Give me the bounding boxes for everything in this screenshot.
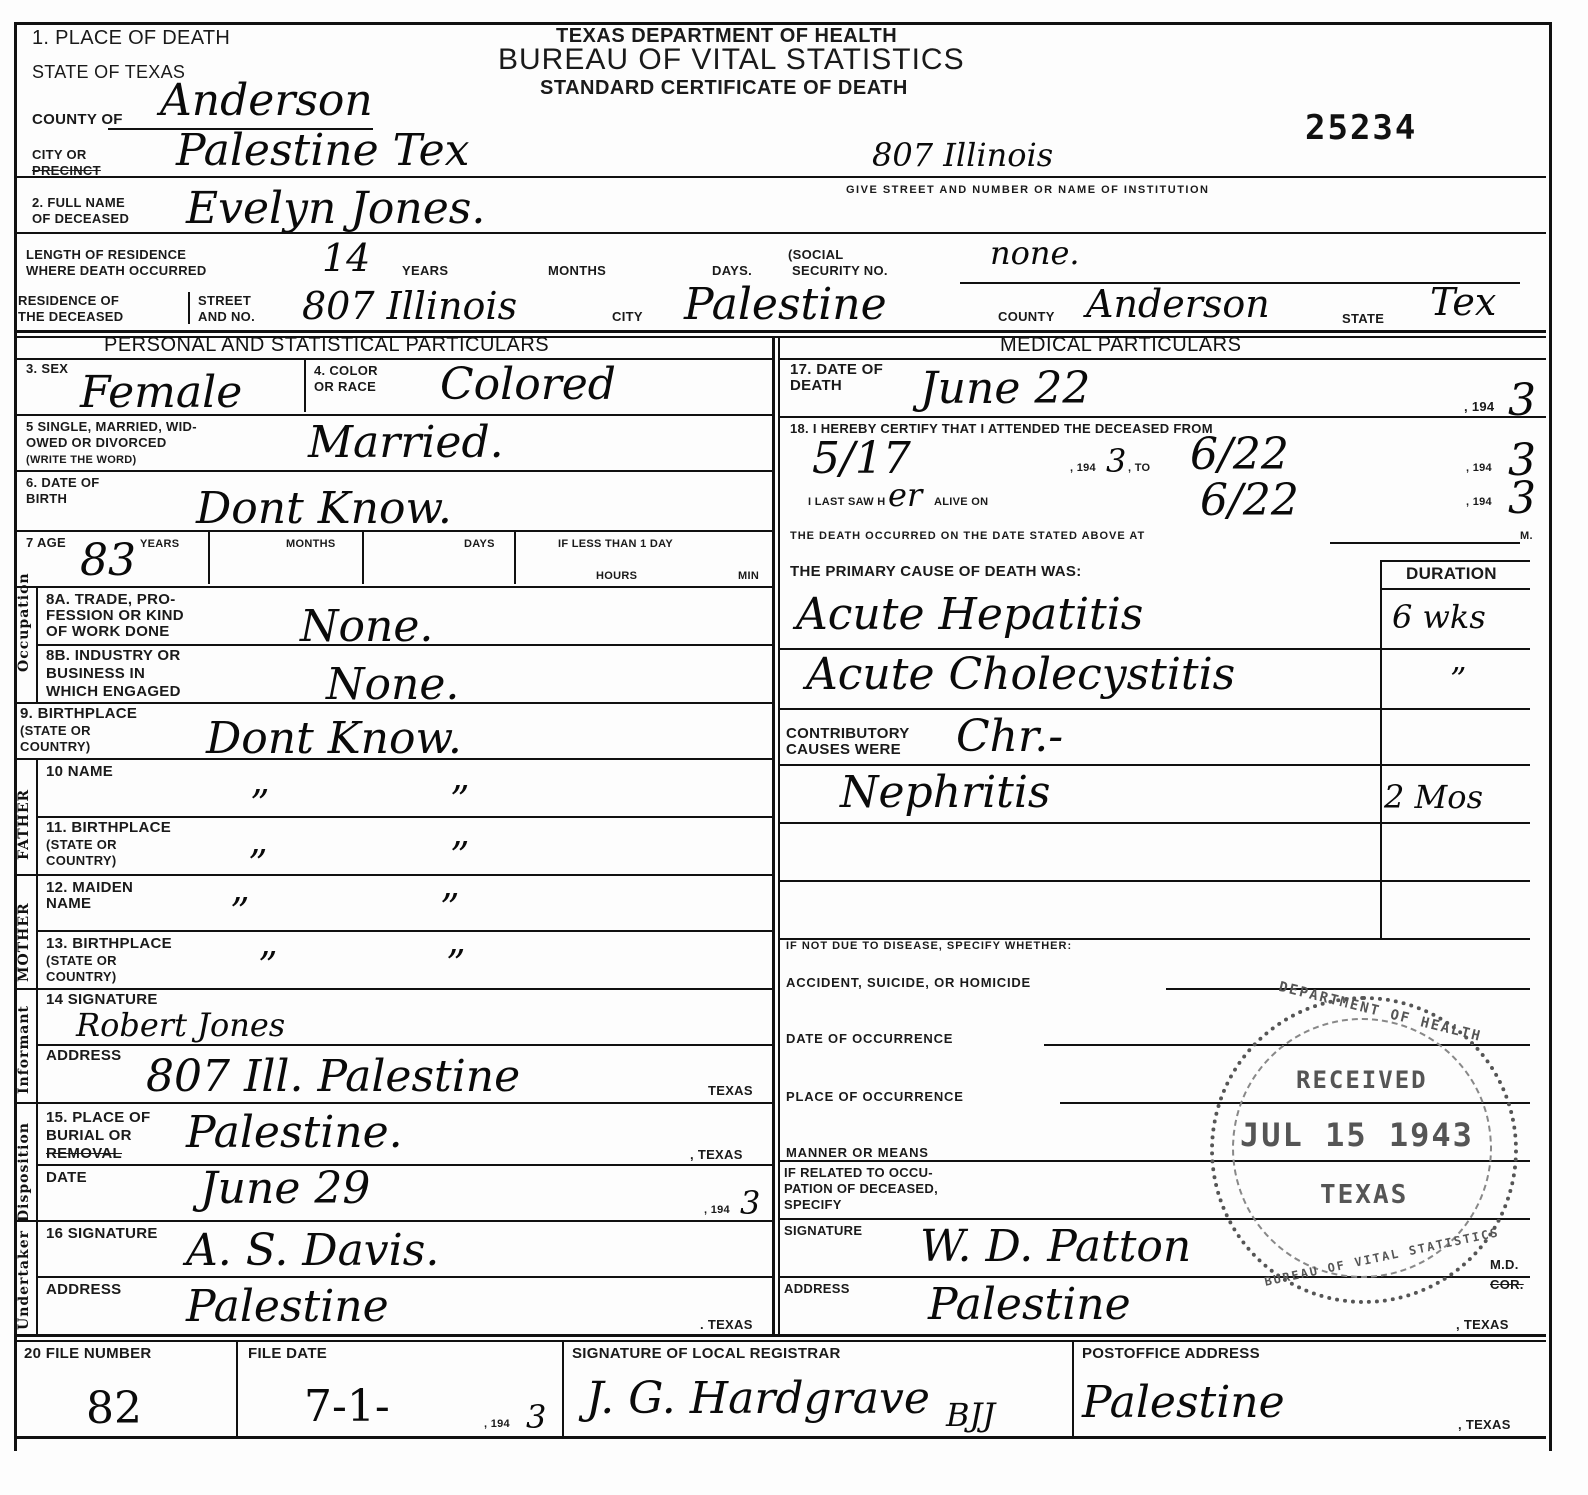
mother-name-ditto-2: ”	[440, 888, 459, 928]
mother-birthplace-label-1: 13. BIRTHPLACE	[46, 936, 172, 952]
birthplace-label-2: (STATE OR	[20, 724, 91, 738]
certificate-number: 25234	[1305, 108, 1417, 148]
full-name-label-1: 2. FULL NAME	[32, 196, 125, 210]
father-side-label: FATHER	[16, 789, 32, 860]
mother-name-label-1: 12. MAIDEN	[46, 880, 133, 896]
sex-value: Female	[80, 370, 242, 416]
street-caption: GIVE STREET AND NUMBER OR NAME OF INSTIT…	[846, 184, 1210, 196]
physician-signature-value: W. D. Patton	[920, 1224, 1191, 1270]
marital-label-3: (WRITE THE WORD)	[26, 454, 137, 466]
side-divider	[36, 876, 38, 988]
mother-name-ditto-1: ”	[230, 892, 249, 932]
contributory-cause-2: Nephritis	[840, 770, 1050, 816]
residence-state-value: Tex	[1430, 282, 1496, 322]
race-value: Colored	[440, 362, 616, 408]
row-divider	[14, 1220, 772, 1222]
footer-cell-divider	[1072, 1342, 1074, 1436]
age-label: 7 AGE	[26, 536, 66, 550]
personal-section-title: PERSONAL AND STATISTICAL PARTICULARS	[104, 334, 549, 357]
months-label: MONTHS	[548, 264, 606, 278]
duration-label: DURATION	[1406, 566, 1497, 582]
street-of-death-value: 807 Illinois	[872, 138, 1053, 172]
cell-divider	[208, 532, 210, 584]
ssn-label-1: (SOCIAL	[788, 248, 844, 262]
primary-cause-1-duration: 6 wks	[1392, 600, 1486, 634]
row-divider	[14, 358, 772, 360]
residence-city-value: Palestine	[684, 282, 887, 328]
file-date-year-prefix: , 194	[484, 1418, 510, 1430]
father-birthplace-ditto-1: ”	[248, 844, 267, 884]
age-hours-label: HOURS	[596, 570, 637, 582]
days-label: DAYS.	[712, 264, 752, 278]
mother-birthplace-label-2: (STATE OR	[46, 954, 117, 968]
sex-label: 3. SEX	[26, 362, 68, 376]
section-divider	[14, 330, 1546, 333]
accident-label: ACCIDENT, SUICIDE, OR HOMICIDE	[786, 976, 1031, 990]
attended-from-year-digit: 3	[1106, 444, 1126, 478]
row-divider	[14, 470, 772, 472]
age-min-label: MIN	[738, 570, 759, 582]
race-label-1: 4. COLOR	[314, 364, 378, 378]
burial-date-year-prefix: , 194	[704, 1204, 730, 1216]
footer-cell-divider	[236, 1342, 238, 1436]
undertaker-signature-value: A. S. Davis.	[186, 1228, 439, 1274]
row-divider	[36, 1276, 772, 1278]
cell-divider	[514, 532, 516, 584]
residence-county-value: Anderson	[1086, 284, 1270, 324]
ssn-value: none.	[990, 236, 1080, 270]
age-days-label: DAYS	[464, 538, 495, 550]
row-divider	[778, 358, 1546, 360]
contributory-cause-1: Chr.-	[956, 714, 1063, 760]
registrar-initials: BJJ	[946, 1398, 995, 1432]
row-divider	[14, 530, 772, 532]
file-date-year-digit: 3	[526, 1400, 546, 1434]
father-birthplace-label-2: (STATE OR	[46, 838, 117, 852]
occurrence-place-label: PLACE OF OCCURRENCE	[786, 1090, 964, 1104]
last-saw-value: 6/22	[1200, 478, 1299, 524]
row-divider	[778, 416, 1546, 418]
death-certificate-page: 1. PLACE OF DEATH STATE OF TEXAS TEXAS D…	[0, 0, 1588, 1495]
burial-date-value: June 29	[200, 1166, 370, 1212]
residence-state-label: STATE	[1342, 312, 1384, 326]
residence-length-label-1: LENGTH OF RESIDENCE	[26, 248, 186, 262]
medical-section-title: MEDICAL PARTICULARS	[1000, 334, 1241, 357]
mother-birthplace-ditto-2: ”	[446, 944, 465, 984]
street-label-2: AND NO.	[198, 310, 255, 324]
postoffice-value: Palestine	[1082, 1380, 1285, 1426]
stamp-date-text: JUL 15 1943	[1240, 1116, 1474, 1154]
death-year-prefix: , 194	[1464, 400, 1494, 414]
postoffice-state: , TEXAS	[1458, 1418, 1511, 1432]
age-less-than-day-label: IF LESS THAN 1 DAY	[558, 538, 673, 550]
postoffice-label: POSTOFFICE ADDRESS	[1082, 1346, 1260, 1362]
footer-divider	[14, 1340, 1546, 1342]
place-of-death-label: 1. PLACE OF DEATH	[32, 30, 230, 46]
residence-county-label: COUNTY	[998, 310, 1055, 324]
row-divider	[14, 414, 772, 416]
marital-label-2: OWED OR DIVORCED	[26, 436, 167, 450]
duration-header-top	[1380, 560, 1530, 562]
row-divider	[778, 880, 1530, 882]
contributory-cause-2-duration: 2 Mos	[1384, 780, 1483, 814]
side-divider	[36, 1222, 38, 1334]
physician-signature-label: SIGNATURE	[784, 1224, 862, 1238]
physician-address-value: Palestine	[928, 1282, 1131, 1328]
informant-side-label: Informant	[16, 1005, 32, 1094]
form-bottom-border	[14, 1436, 1546, 1439]
burial-date-year-digit: 3	[740, 1186, 760, 1220]
marital-status-value: Married.	[308, 420, 504, 466]
death-date-label-1: 17. DATE OF	[790, 362, 883, 378]
dob-label-2: BIRTH	[26, 492, 67, 506]
last-saw-year-prefix: , 194	[1466, 496, 1492, 508]
file-number-label: 20 FILE NUMBER	[24, 1346, 152, 1362]
last-saw-pronoun: er	[888, 478, 922, 512]
accident-underline	[1166, 988, 1530, 990]
occurrence-date-label: DATE OF OCCURRENCE	[786, 1032, 953, 1046]
street-label-1: STREET	[198, 294, 251, 308]
undertaker-address-label: ADDRESS	[46, 1282, 121, 1298]
occupation-related-label-3: SPECIFY	[784, 1198, 842, 1212]
residence-years-value: 14	[322, 238, 370, 278]
death-date-value: June 22	[920, 366, 1090, 412]
contributory-label-1: CONTRIBUTORY	[786, 726, 910, 742]
row-divider	[14, 1102, 772, 1104]
mother-side-label: MOTHER	[16, 902, 32, 982]
informant-address-state: TEXAS	[708, 1084, 753, 1098]
death-time-suffix: M.	[1520, 530, 1533, 542]
trade-label-3: OF WORK DONE	[46, 624, 170, 640]
father-name-ditto-2: ”	[450, 780, 469, 820]
row-divider	[14, 232, 1546, 234]
file-date-label: FILE DATE	[248, 1346, 327, 1362]
dob-value: Dont Know.	[196, 486, 452, 532]
county-of-death-value: Anderson	[160, 78, 373, 124]
dob-label-1: 6. DATE OF	[26, 476, 100, 490]
years-label: YEARS	[402, 264, 448, 278]
file-date-value: 7-1-	[304, 1384, 390, 1430]
registrar-label: SIGNATURE OF LOCAL REGISTRAR	[572, 1346, 841, 1362]
marital-label-1: 5 SINGLE, MARRIED, WID-	[26, 420, 197, 434]
not-disease-label: IF NOT DUE TO DISEASE, SPECIFY WHETHER:	[786, 940, 1072, 952]
birthplace-label-3: COUNTRY)	[20, 740, 91, 754]
father-birthplace-ditto-2: ”	[450, 836, 469, 876]
coroner-label: COR.	[1490, 1278, 1524, 1292]
city-or-label: CITY OR	[32, 148, 87, 162]
mother-birthplace-label-3: COUNTRY)	[46, 970, 117, 984]
deceased-name-value: Evelyn Jones.	[186, 186, 485, 232]
industry-label-3: WHICH ENGAGED	[46, 684, 181, 700]
row-divider	[14, 176, 1546, 178]
row-divider	[14, 758, 772, 760]
physician-address-label: ADDRESS	[784, 1282, 850, 1296]
attended-to-label: , TO	[1128, 462, 1150, 474]
department-title: TEXAS DEPARTMENT OF HEALTH	[556, 28, 897, 44]
primary-cause-2: Acute Cholecystitis	[806, 652, 1235, 698]
last-saw-year-digit: 3	[1508, 476, 1536, 522]
stamp-state-text: TEXAS	[1320, 1180, 1408, 1210]
occupation-side-label: Occupation	[16, 572, 32, 672]
mother-name-label-2: NAME	[46, 896, 91, 912]
father-birthplace-label-3: COUNTRY)	[46, 854, 117, 868]
row-divider	[36, 930, 772, 932]
md-label: M.D.	[1490, 1258, 1519, 1272]
column-divider	[772, 336, 775, 1336]
physician-address-state: , TEXAS	[1456, 1318, 1509, 1332]
column-divider	[778, 336, 780, 1336]
race-label-2: OR RACE	[314, 380, 376, 394]
age-years-label: YEARS	[140, 538, 179, 550]
primary-cause-1: Acute Hepatitis	[796, 592, 1143, 638]
manner-label: MANNER OR MEANS	[786, 1146, 929, 1160]
burial-place-value: Palestine.	[186, 1110, 403, 1156]
attended-to-year-prefix: , 194	[1466, 462, 1492, 474]
father-name-label: 10 NAME	[46, 764, 113, 780]
father-birthplace-label-1: 11. BIRTHPLACE	[46, 820, 171, 836]
row-divider	[14, 586, 772, 588]
full-name-label-2: OF DECEASED	[32, 212, 129, 226]
informant-address-label: ADDRESS	[46, 1048, 121, 1064]
bureau-title: BUREAU OF VITAL STATISTICS	[498, 52, 965, 68]
contributory-label-2: CAUSES WERE	[786, 742, 901, 758]
cell-divider	[304, 360, 306, 412]
last-saw-label-1: I LAST SAW H	[808, 496, 886, 508]
burial-place-label-1: 15. PLACE OF	[46, 1110, 150, 1126]
row-divider	[36, 644, 772, 646]
undertaker-address-state: . TEXAS	[700, 1318, 753, 1332]
birthplace-value: Dont Know.	[206, 716, 462, 762]
death-time-underline	[1330, 542, 1520, 544]
primary-cause-label: THE PRIMARY CAUSE OF DEATH WAS:	[790, 564, 1082, 580]
ssn-label-2: SECURITY NO.	[792, 264, 888, 278]
footer-cell-divider	[562, 1342, 564, 1436]
industry-label-2: BUSINESS IN	[46, 666, 145, 682]
residence-length-label-2: WHERE DEATH OCCURRED	[26, 264, 207, 278]
stamp-received-text: RECEIVED	[1296, 1066, 1428, 1094]
row-divider	[778, 708, 1530, 710]
informant-signature-value: Robert Jones	[76, 1008, 285, 1042]
undertaker-address-value: Palestine	[186, 1284, 389, 1330]
burial-place-state: , TEXAS	[690, 1148, 743, 1162]
county-of-label: COUNTY OF	[32, 112, 123, 128]
certificate-title: STANDARD CERTIFICATE OF DEATH	[540, 80, 908, 96]
row-divider	[14, 874, 772, 876]
footer-divider	[14, 1334, 1546, 1337]
trade-label-2: FESSION OR KIND	[46, 608, 184, 624]
occupation-related-label-2: PATION OF DECEASED,	[784, 1182, 938, 1196]
age-months-label: MONTHS	[286, 538, 335, 550]
row-divider	[778, 822, 1530, 824]
row-divider	[36, 1164, 772, 1166]
row-divider	[36, 816, 772, 818]
father-name-ditto-1: ”	[250, 784, 269, 824]
undertaker-side-label: Undertaker	[16, 1230, 32, 1330]
informant-address-value: 807 Ill. Palestine	[146, 1054, 520, 1100]
attended-from-year-prefix: , 194	[1070, 462, 1096, 474]
trade-label-1: 8A. TRADE, PRO-	[46, 592, 176, 608]
residence-label-2: THE DECEASED	[18, 310, 123, 324]
last-saw-label-2: ALIVE ON	[934, 496, 988, 508]
row-divider	[14, 702, 772, 704]
attended-to-value: 6/22	[1190, 432, 1289, 478]
death-time-label: THE DEATH OCCURRED ON THE DATE STATED AB…	[790, 530, 1145, 542]
residence-street-value: 807 Illinois	[302, 286, 517, 326]
occupation-related-label-1: IF RELATED TO OCCU-	[784, 1166, 933, 1180]
death-date-label-2: DEATH	[790, 378, 842, 394]
burial-place-label-3: REMOVAL	[46, 1146, 122, 1162]
registrar-signature-value: J. G. Hardgrave	[586, 1376, 930, 1422]
cell-divider	[362, 532, 364, 584]
birthplace-label-1: 9. BIRTHPLACE	[20, 706, 137, 722]
side-divider	[36, 1104, 38, 1220]
file-number-value: 82	[86, 1386, 142, 1432]
undertaker-signature-label: 16 SIGNATURE	[46, 1226, 158, 1242]
mother-birthplace-ditto-1: ”	[258, 946, 277, 986]
duration-header-bottom	[1380, 588, 1530, 590]
burial-place-label-2: BURIAL OR	[46, 1128, 132, 1144]
row-divider	[14, 988, 772, 990]
industry-label-1: 8B. INDUSTRY OR	[46, 648, 181, 664]
burial-date-label: DATE	[46, 1170, 87, 1186]
row-divider	[778, 764, 1530, 766]
residence-city-label: CITY	[612, 310, 643, 324]
side-divider	[36, 990, 38, 1102]
residence-label-1: RESIDENCE OF	[18, 294, 119, 308]
city-of-death-value: Palestine Tex	[176, 128, 469, 174]
residence-divider	[188, 292, 190, 324]
disposition-side-label: Disposition	[16, 1122, 32, 1222]
age-value: 83	[80, 538, 136, 584]
row-divider	[36, 1044, 772, 1046]
primary-cause-2-duration: ”	[1450, 662, 1466, 696]
